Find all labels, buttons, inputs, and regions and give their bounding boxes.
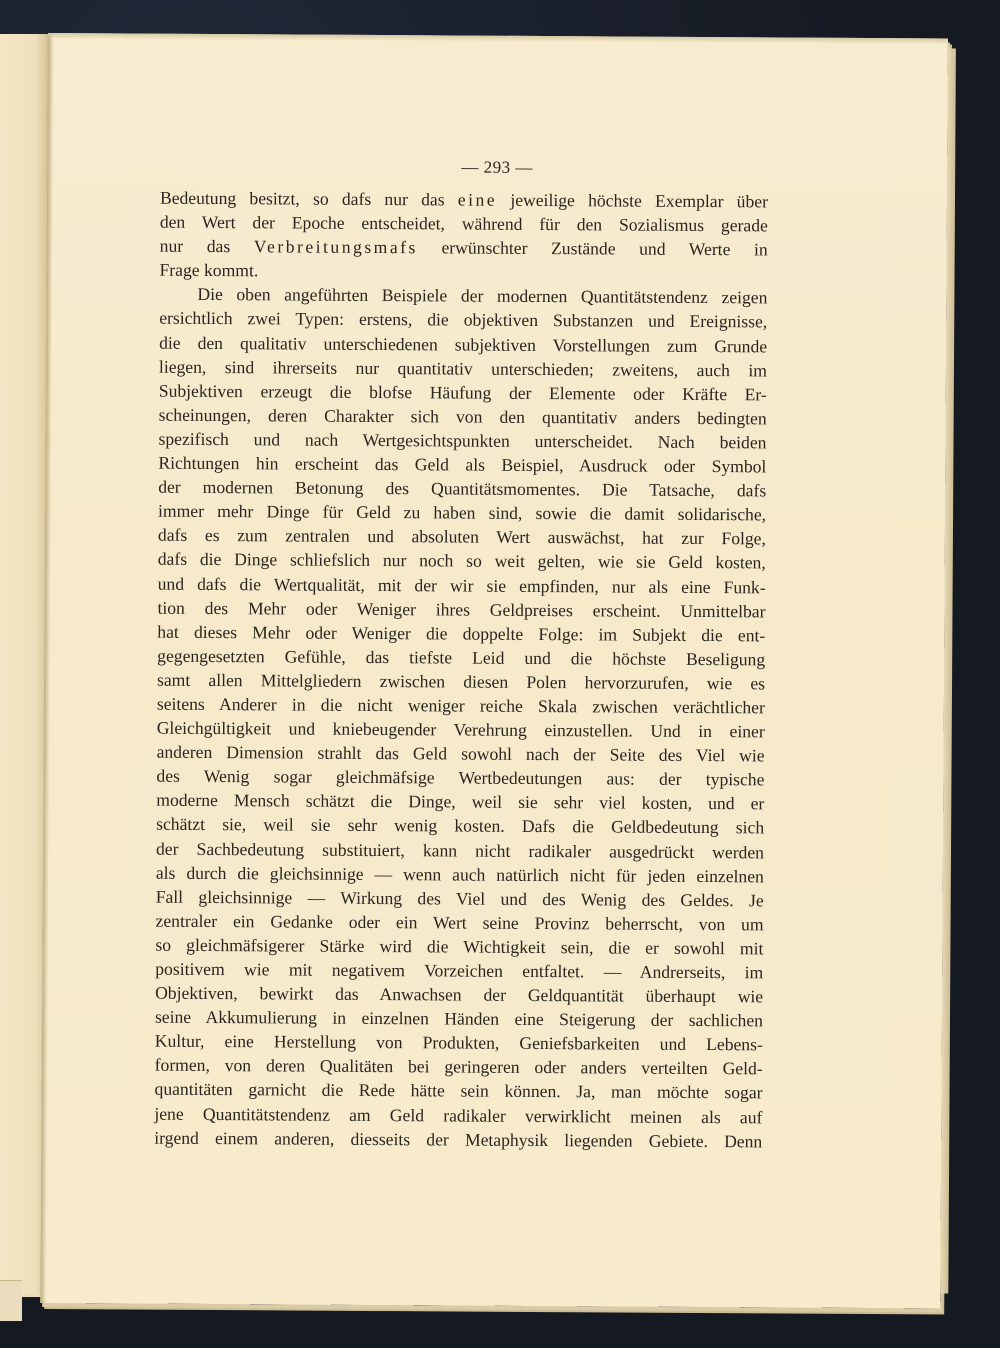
text-line: der modernen Betonung des Quantitätsmome… xyxy=(158,475,766,503)
body-text: Bedeutung besitzt, so dafs nur das eine … xyxy=(154,186,768,1153)
text-line: Richtungen hin erscheint das Geld als Be… xyxy=(158,451,766,479)
text-line: Objektiven, bewirkt das Anwachsen der Ge… xyxy=(155,981,763,1009)
text-line: positivem wie mit negativem Vorzeichen e… xyxy=(155,957,763,985)
text-span: Bedeutung besitzt, so dafs nur das xyxy=(160,188,458,210)
text-line: seitens Anderer in die nicht weniger rei… xyxy=(157,692,765,720)
text-line: Die oben angeführten Beispiele der moder… xyxy=(159,282,767,310)
text-line: hat dieses Mehr oder Weniger die doppelt… xyxy=(157,619,765,647)
text-line: des Wenig sogar gleichmäfsige Wertbedeut… xyxy=(156,764,764,792)
left-page-corner xyxy=(0,1280,22,1321)
text-line: irgend einem anderen, diesseits der Meta… xyxy=(154,1125,762,1153)
text-line: samt allen Mittelgliedern zwischen diese… xyxy=(157,668,765,696)
text-line: Bedeutung besitzt, so dafs nur das eine … xyxy=(160,186,768,214)
text-line: schätzt sie, weil sie sehr wenig kosten.… xyxy=(156,812,764,840)
text-line: die den qualitativ unterschiedenen subje… xyxy=(159,330,767,358)
book-page: — 293 — Bedeutung besitzt, so dafs nur d… xyxy=(40,33,948,1308)
text-line: zentraler ein Gedanke oder ein Wert sein… xyxy=(156,908,764,936)
text-line: immer mehr Dinge für Geld zu haben sind,… xyxy=(158,499,766,527)
text-line: liegen, sind ihrerseits nur quantitativ … xyxy=(159,354,767,382)
text-span: jeweilige höchste Exemplar über xyxy=(497,190,768,212)
text-line: Fall gleichsinnige — Wirkung des Viel un… xyxy=(156,884,764,912)
text-line: dafs die Dinge schliefslich nur noch so … xyxy=(158,547,766,575)
text-line: jene Quantitätstendenz am Geld radikaler… xyxy=(154,1101,762,1129)
paragraph-1: Bedeutung besitzt, so dafs nur das eine … xyxy=(159,186,768,286)
page-number: — 293 — xyxy=(47,155,947,180)
text-line: als durch die gleichsinnige — wenn auch … xyxy=(156,860,764,888)
text-line: quantitäten garnicht die Rede hätte sein… xyxy=(154,1077,762,1105)
text-line: Subjektiven erzeugt die blofse Häufung d… xyxy=(159,378,767,406)
text-line: Kultur, eine Herstellung von Produkten, … xyxy=(155,1029,763,1057)
text-line: so gleichmäfsigerer Stärke wird die Wich… xyxy=(155,933,763,961)
text-line: Frage kommt. xyxy=(159,258,767,286)
text-line: seine Akkumulierung in einzelnen Händen … xyxy=(155,1005,763,1033)
text-line: dafs es zum zentralen und absoluten Wert… xyxy=(158,523,766,551)
paragraph-2: Die oben angeführten Beispiele der moder… xyxy=(154,282,767,1153)
text-line: moderne Mensch schätzt die Dinge, weil s… xyxy=(156,788,764,816)
emphasized-word: Verbreitungsmafs xyxy=(254,236,418,257)
text-span: erwünschter Zustände und Werte in xyxy=(418,237,768,259)
text-line: Gleichgültigkeit und kniebeugender Vereh… xyxy=(157,716,765,744)
text-line: den Wert der Epoche entscheidet, während… xyxy=(160,210,768,238)
text-line: gegengesetzten Gefühle, das tiefste Leid… xyxy=(157,643,765,671)
text-line: anderen Dimension strahlt das Geld sowoh… xyxy=(157,740,765,768)
text-line: tion des Mehr oder Weniger ihres Geldpre… xyxy=(157,595,765,623)
text-line: der Sachbedeutung substituiert, kann nic… xyxy=(156,836,764,864)
text-span: nur das xyxy=(160,236,254,257)
text-line: nur das Verbreitungsmafs erwünschter Zus… xyxy=(160,234,768,262)
text-line: formen, von deren Qualitäten bei geringe… xyxy=(155,1053,763,1081)
text-line: scheinungen, deren Charakter sich von de… xyxy=(159,403,767,431)
emphasized-word: eine xyxy=(458,190,497,210)
text-line: spezifisch und nach Wertgesichtspunkten … xyxy=(158,427,766,455)
text-line: und dafs die Wertqualität, mit der wir s… xyxy=(158,571,766,599)
text-line: ersichtlich zwei Typen: erstens, die obj… xyxy=(159,306,767,334)
